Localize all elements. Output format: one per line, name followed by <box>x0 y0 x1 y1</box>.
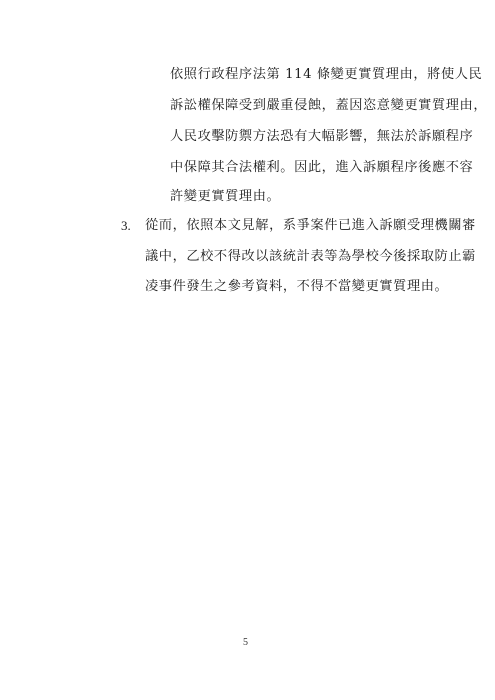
paragraph-line: 訴訟權保障受到嚴重侵蝕，蓋因恣意變更實質理由， <box>170 98 487 114</box>
paragraph-line: 依照行政程序法第 114 條變更實質理由，將使人民 <box>170 67 482 83</box>
paragraph-line: 中保障其合法權利。因此，進入訴願程序後應不容 <box>170 160 473 176</box>
paragraph-line: 許變更實質理由。 <box>170 189 280 205</box>
paragraph-line: 人民攻擊防禦方法恐有大幅影響，無法於訴願程序 <box>170 129 473 145</box>
list-item-line: 議中，乙校不得改以該統計表等為學校今後採取防止霸 <box>145 249 476 265</box>
list-item-number: 3. <box>121 218 131 234</box>
list-item-line: 從而，依照本文見解，系爭案件已進入訴願受理機關審 <box>145 218 476 234</box>
list-item-line: 凌事件發生之參考資料，不得不當變更實質理由。 <box>145 279 448 295</box>
page-number: 5 <box>243 637 248 648</box>
